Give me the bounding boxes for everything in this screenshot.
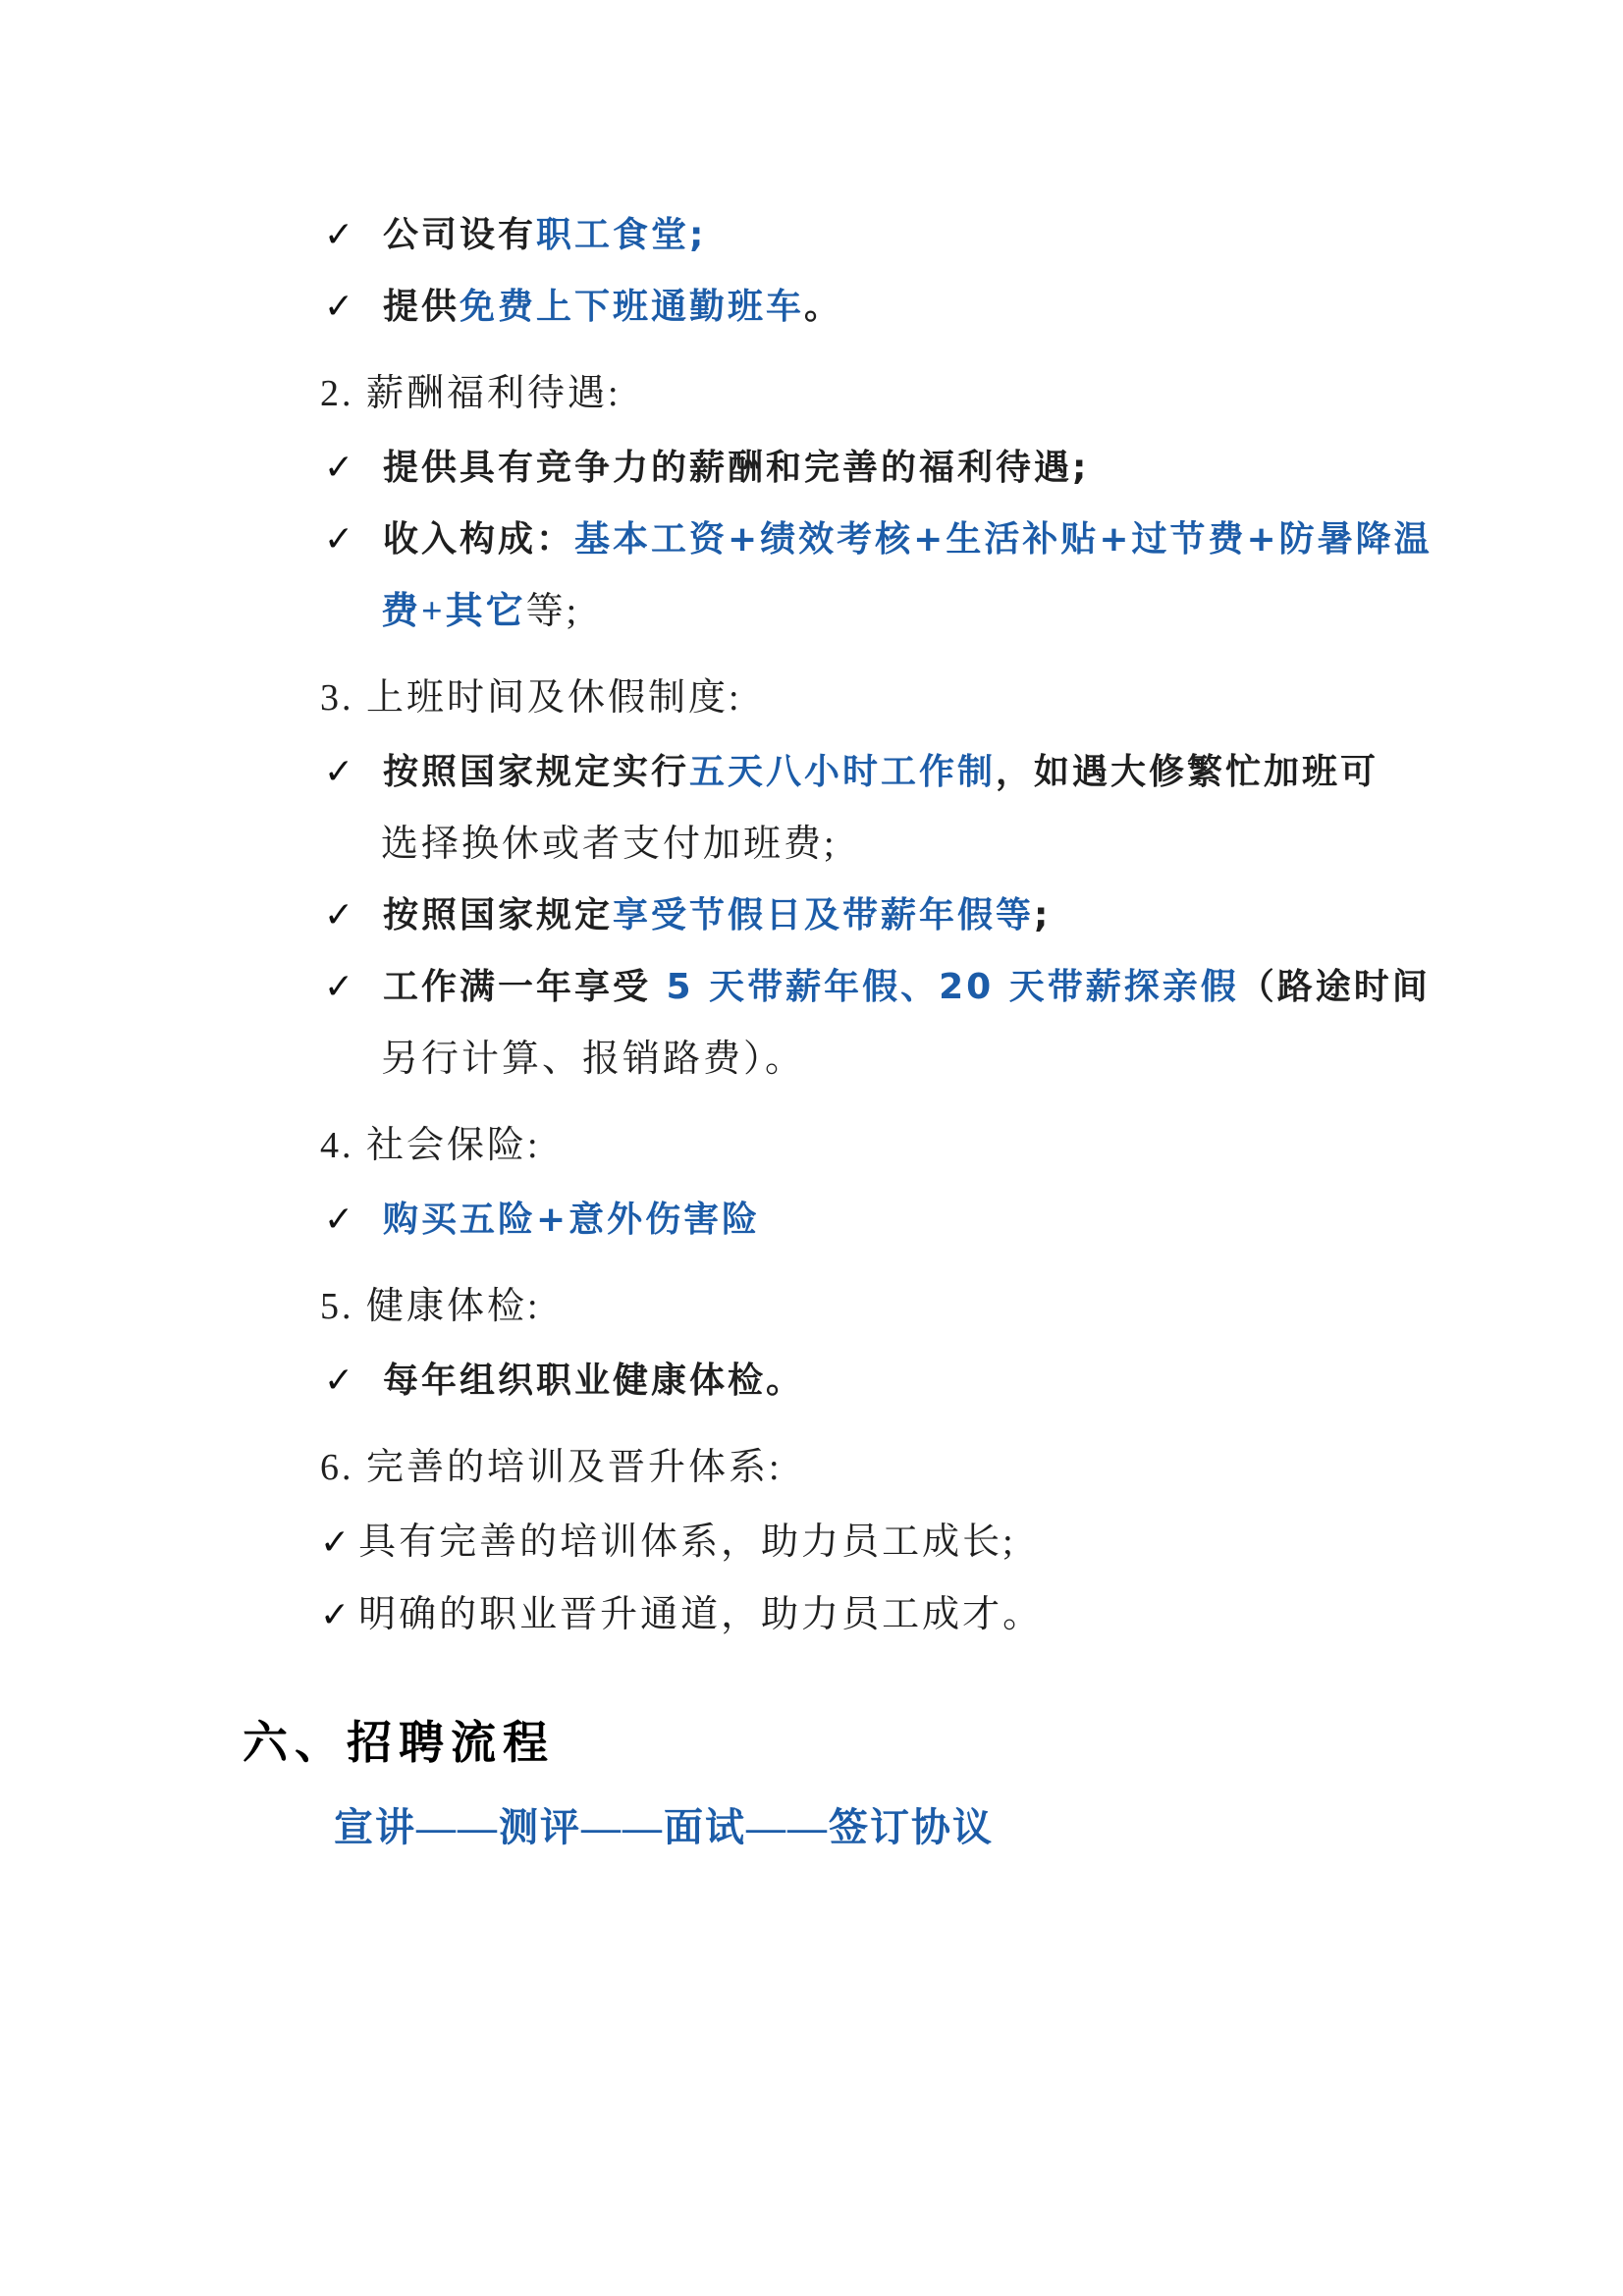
promotion-channel-text: 明确的职业晋升通道，助力员工成才。	[358, 1590, 1043, 1639]
benefit-canteen-text: 公司设有职工食堂;	[383, 211, 706, 260]
text-segment: 。	[804, 287, 842, 327]
text-segment: ，如遇大修繁忙加班可	[996, 752, 1379, 792]
text-segment: （路途时间	[1239, 967, 1431, 1007]
text-segment: 按照国家规定实行	[383, 752, 689, 792]
recruit-process-flow: 宣讲——测评——面试——签订协议	[334, 1802, 1623, 1853]
text-segment: 明确的职业晋升通道，助力员工成才。	[358, 1594, 1043, 1635]
section-6-header: 6. 完善的培训及晋升体系:	[320, 1443, 1623, 1492]
text-segment: 工作满一年享受	[383, 967, 667, 1007]
text-segment: 提供	[383, 287, 460, 327]
annual-leave-cont-text: 另行计算、报销路费）。	[381, 1035, 805, 1084]
income-structure-text: 收入构成：基本工资+绩效考核+生活补贴+过节费+防暑降温	[383, 515, 1433, 564]
text-segment: ;	[1034, 895, 1051, 935]
insurance-text: 购买五险+意外伤害险	[383, 1196, 760, 1245]
text-segment: 具有完善的培训体系，助力员工成长;	[358, 1522, 1016, 1563]
text-segment: 公司设有	[383, 215, 536, 255]
text-segment: 4. 社会保险:	[320, 1125, 541, 1166]
text-segment: 五天八小时工作制	[689, 752, 996, 792]
text-segment: 每年组织职业健康体检。	[383, 1361, 804, 1401]
section-6-header-text: 6. 完善的培训及晋升体系:	[320, 1443, 783, 1492]
text-segment: 购买五险+意外伤害险	[383, 1200, 760, 1240]
text-segment: 2. 薪酬福利待遇:	[320, 373, 622, 414]
text-segment: 等;	[526, 591, 580, 632]
checkmark-icon: ✓	[320, 1591, 352, 1640]
section-2-header-text: 2. 薪酬福利待遇:	[320, 369, 622, 418]
text-segment: 另行计算、报销路费）。	[381, 1039, 805, 1080]
income-structure: ✓收入构成：基本工资+绩效考核+生活补贴+过节费+防暑降温	[324, 515, 1623, 564]
training-system-text: 具有完善的培训体系，助力员工成长;	[358, 1518, 1016, 1567]
benefit-shuttle-text: 提供免费上下班通勤班车。	[383, 283, 842, 332]
checkmark-icon: ✓	[324, 1357, 383, 1406]
text-segment: 享受节假日及带薪年假等	[613, 895, 1034, 935]
benefit-shuttle: ✓提供免费上下班通勤班车。	[324, 283, 1623, 332]
section-3-header: 3. 上班时间及休假制度:	[320, 673, 1623, 722]
income-structure-cont: 费+其它等;	[381, 587, 1623, 636]
text-segment: 3. 上班时间及休假制度:	[320, 677, 742, 719]
checkmark-icon: ✓	[324, 891, 383, 940]
checkmark-icon: ✓	[324, 963, 383, 1012]
recruit-process-flow-text: 宣讲——测评——面试——签订协议	[334, 1802, 994, 1853]
recruit-process-heading-text: 六、招聘流程	[243, 1714, 555, 1773]
checkmark-icon: ✓	[324, 211, 383, 260]
work-hours-cont-text: 选择换休或者支付加班费;	[381, 820, 838, 869]
annual-leave-text: 工作满一年享受 5 天带薪年假、20 天带薪探亲假（路途时间	[383, 963, 1431, 1012]
annual-leave: ✓工作满一年享受 5 天带薪年假、20 天带薪探亲假（路途时间	[324, 963, 1623, 1012]
insurance: ✓购买五险+意外伤害险	[324, 1196, 1623, 1245]
text-segment: 按照国家规定	[383, 895, 613, 935]
checkmark-icon: ✓	[324, 748, 383, 797]
checkmark-icon: ✓	[324, 1196, 383, 1245]
section-2-header: 2. 薪酬福利待遇:	[320, 369, 1623, 418]
statutory-holidays-text: 按照国家规定享受节假日及带薪年假等;	[383, 891, 1051, 940]
document-content: ✓公司设有职工食堂;✓提供免费上下班通勤班车。2. 薪酬福利待遇:✓提供具有竞争…	[0, 0, 1623, 1853]
text-segment: 费+其它	[381, 591, 526, 632]
promotion-channel: ✓明确的职业晋升通道，助力员工成才。	[320, 1590, 1623, 1640]
text-segment: 5. 健康体检:	[320, 1286, 541, 1327]
section-5-header: 5. 健康体检:	[320, 1282, 1623, 1331]
section-5-header-text: 5. 健康体检:	[320, 1282, 541, 1331]
work-hours-text: 按照国家规定实行五天八小时工作制，如遇大修繁忙加班可	[383, 748, 1379, 797]
text-segment: 职工食堂;	[536, 215, 706, 255]
annual-leave-cont: 另行计算、报销路费）。	[381, 1035, 1623, 1084]
text-segment: 基本工资+绩效考核+生活补贴+过节费+防暑降温	[574, 519, 1433, 560]
text-segment: 5 天带薪年假、20 天带薪探亲假	[667, 967, 1239, 1007]
training-system: ✓具有完善的培训体系，助力员工成长;	[320, 1518, 1623, 1568]
recruit-process-heading: 六、招聘流程	[243, 1714, 1623, 1773]
text-segment: 收入构成：	[383, 519, 574, 560]
work-hours-cont: 选择换休或者支付加班费;	[381, 820, 1623, 869]
health-checkup-text: 每年组织职业健康体检。	[383, 1357, 804, 1406]
text-segment: 提供具有竞争力的薪酬和完善的福利待遇;	[383, 448, 1089, 488]
section-3-header-text: 3. 上班时间及休假制度:	[320, 673, 742, 722]
checkmark-icon: ✓	[324, 444, 383, 493]
checkmark-icon: ✓	[324, 283, 383, 332]
document-page: ✓公司设有职工食堂;✓提供免费上下班通勤班车。2. 薪酬福利待遇:✓提供具有竞争…	[0, 0, 1623, 2296]
text-segment: 6. 完善的培训及晋升体系:	[320, 1447, 783, 1488]
salary-competitive: ✓提供具有竞争力的薪酬和完善的福利待遇;	[324, 444, 1623, 493]
text-segment: 六、招聘流程	[243, 1718, 555, 1768]
salary-competitive-text: 提供具有竞争力的薪酬和完善的福利待遇;	[383, 444, 1089, 493]
work-hours: ✓按照国家规定实行五天八小时工作制，如遇大修繁忙加班可	[324, 748, 1623, 797]
income-structure-cont-text: 费+其它等;	[381, 587, 579, 636]
health-checkup: ✓每年组织职业健康体检。	[324, 1357, 1623, 1406]
section-4-header: 4. 社会保险:	[320, 1121, 1623, 1170]
section-4-header-text: 4. 社会保险:	[320, 1121, 541, 1170]
text-segment: 选择换休或者支付加班费;	[381, 824, 838, 865]
statutory-holidays: ✓按照国家规定享受节假日及带薪年假等;	[324, 891, 1623, 940]
checkmark-icon: ✓	[320, 1519, 352, 1568]
text-segment: 宣讲——测评——面试——签订协议	[334, 1805, 994, 1849]
checkmark-icon: ✓	[324, 515, 383, 564]
benefit-canteen: ✓公司设有职工食堂;	[324, 211, 1623, 260]
text-segment: 免费上下班通勤班车	[460, 287, 804, 327]
